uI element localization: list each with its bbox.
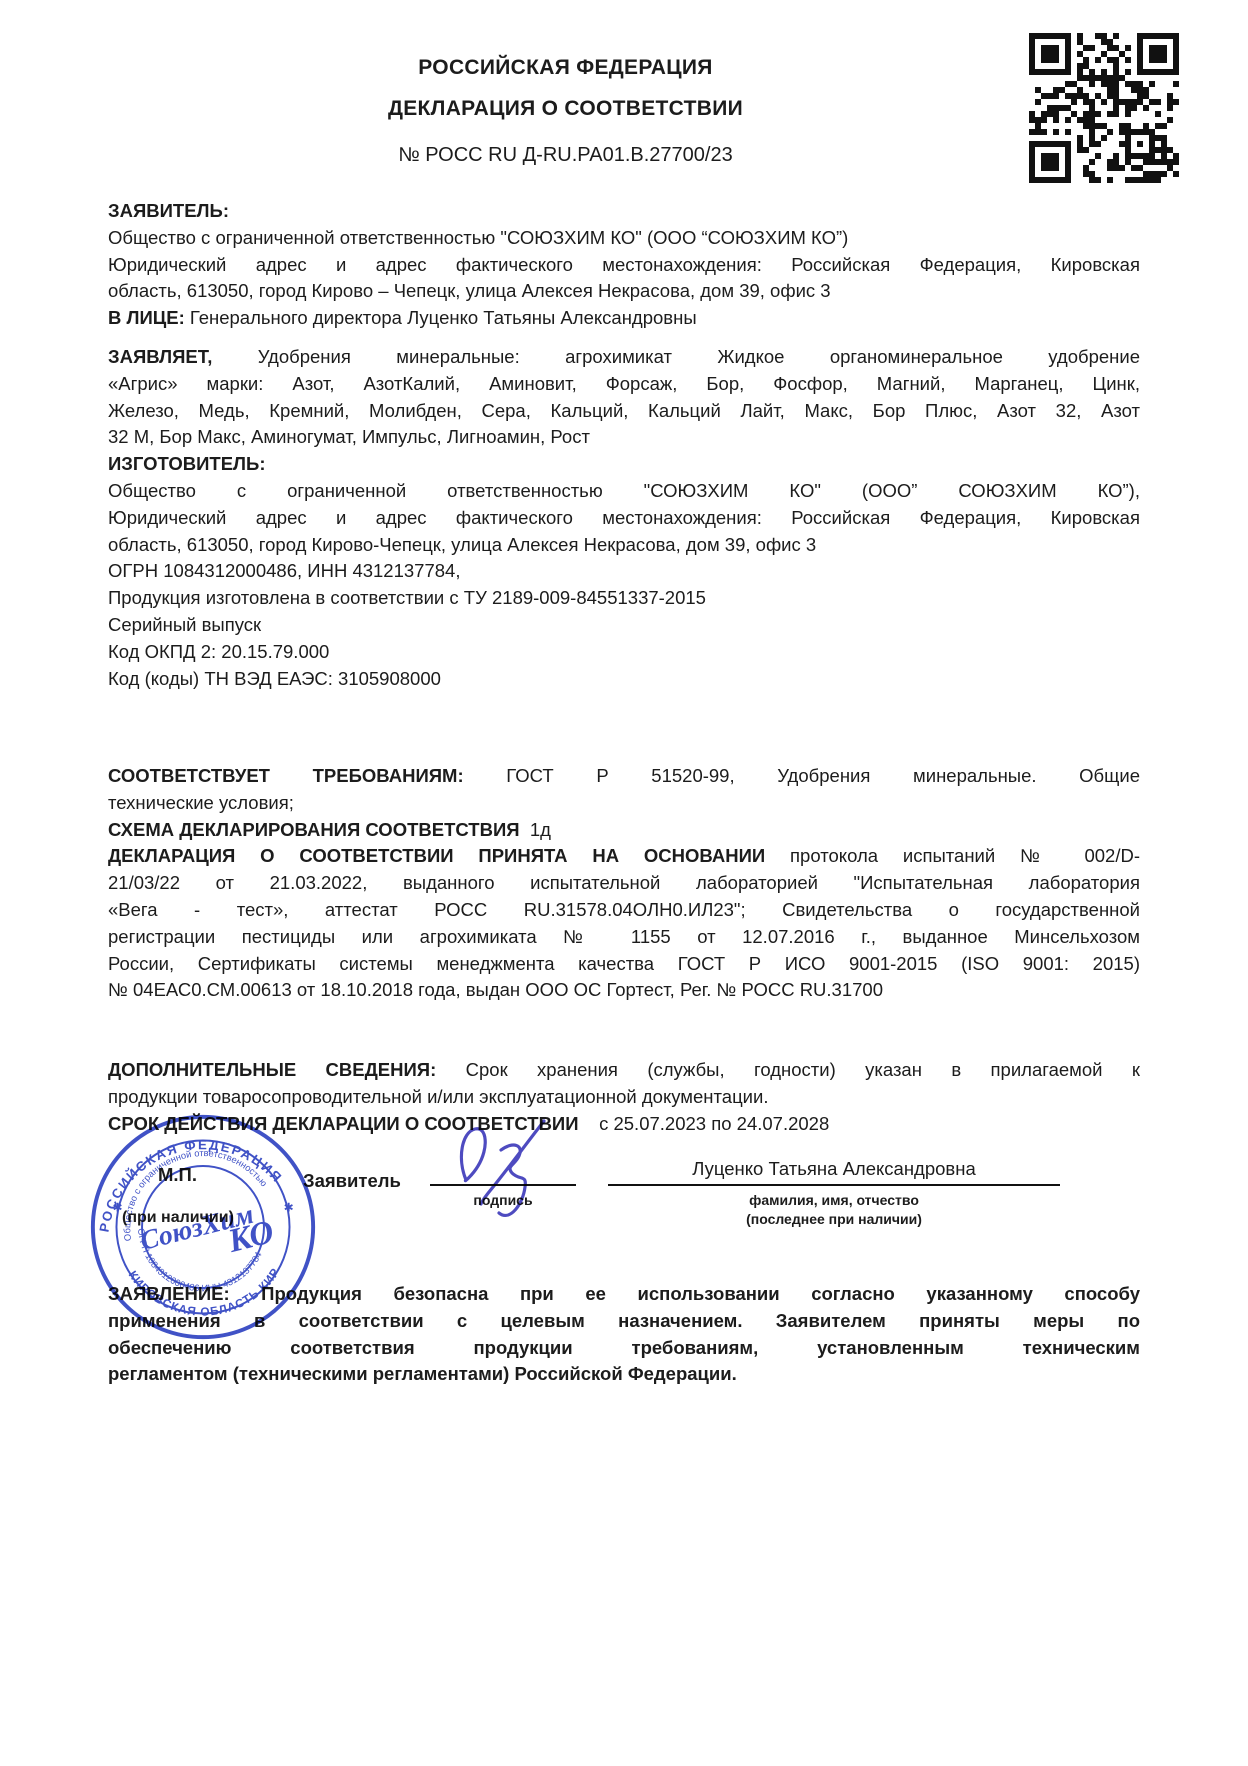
header-country: РОССИЙСКАЯ ФЕДЕРАЦИЯ — [108, 56, 1023, 80]
document-header: РОССИЙСКАЯ ФЕДЕРАЦИЯ ДЕКЛАРАЦИЯ О СООТВЕ… — [108, 56, 1023, 167]
text-line: 21/03/22 от 21.03.2022, выданного испыта… — [108, 870, 1140, 897]
text-line: область, 613050, город Кирово – Чепецк, … — [108, 278, 1140, 305]
text-line: Юридический адрес и адрес фактического м… — [108, 252, 1140, 279]
text-line: Общество с ограниченной ответственностью… — [108, 225, 1140, 252]
text-line: ЗАЯВЛЯЕТ, Удобрения минеральные: агрохим… — [108, 344, 1140, 371]
text-line: область, 613050, город Кирово-Чепецк, ул… — [108, 532, 1140, 559]
stamp-star-left: ✱ — [113, 1200, 123, 1214]
text-line: В ЛИЦЕ: Генерального директора Луценко Т… — [108, 305, 1140, 332]
text-line: Юридический адрес и адрес фактического м… — [108, 505, 1140, 532]
signature-ink-icon — [448, 1116, 588, 1228]
text-line: Железо, Медь, Кремний, Молибден, Сера, К… — [108, 398, 1140, 425]
company-round-stamp: РОССИЙСКАЯ ФЕДЕРАЦИЯ КИРОВСКАЯ ОБЛАСТЬ К… — [85, 1109, 321, 1345]
text-line: ДОПОЛНИТЕЛЬНЫЕ СВЕДЕНИЯ: Срок хранения (… — [108, 1057, 1140, 1084]
text-line: ИЗГОТОВИТЕЛЬ: — [108, 451, 1140, 478]
declaration-number: № РОСС RU Д-RU.РА01.В.27700/23 — [108, 144, 1023, 167]
qr-code-icon — [1028, 32, 1180, 184]
text-line: ДЕКЛАРАЦИЯ О СООТВЕТСТВИИ ПРИНЯТА НА ОСН… — [108, 843, 1140, 870]
text-line: регламентом (техническими регламентами) … — [108, 1361, 1140, 1388]
text-line: Продукция изготовлена в соответствии с Т… — [108, 585, 1140, 612]
text-line: № 04ЕАС0.СМ.00613 от 18.10.2018 года, вы… — [108, 977, 1140, 1004]
text-line: ОГРН 1084312000486, ИНН 4312137784, — [108, 558, 1140, 585]
text-line: СООТВЕТСТВУЕТ ТРЕБОВАНИЯМ: ГОСТ Р 51520-… — [108, 763, 1140, 790]
text-line: «Вега - тест», аттестат РОСС RU.31578.04… — [108, 897, 1140, 924]
qr-code-icon — [1028, 32, 1180, 184]
text-line: продукции товаросопроводительной и/или э… — [108, 1084, 1140, 1111]
fio-line — [608, 1184, 1060, 1186]
requirements-section: СООТВЕТСТВУЕТ ТРЕБОВАНИЯМ: ГОСТ Р 51520-… — [108, 763, 1140, 1004]
text-line: технические условия; — [108, 790, 1140, 817]
text-line: России, Сертификаты системы менеджмента … — [108, 951, 1140, 978]
text-line: Код ОКПД 2: 20.15.79.000 — [108, 639, 1140, 666]
fio-caption: фамилия, имя, отчество — [608, 1192, 1060, 1208]
document-title: ДЕКЛАРАЦИЯ О СООТВЕТСТВИИ — [108, 97, 1023, 121]
fio-value: Луценко Татьяна Александровна — [608, 1158, 1060, 1180]
text-line: Код (коды) ТН ВЭД ЕАЭС: 3105908000 — [108, 666, 1140, 693]
handwritten-signature — [448, 1116, 588, 1228]
text-line: 32 М, Бор Макс, Аминогумат, Импульс, Лиг… — [108, 424, 1140, 451]
applicant-section: ЗАЯВИТЕЛЬ:Общество с ограниченной ответс… — [108, 198, 1140, 332]
text-line: Общество с ограниченной ответственностью… — [108, 478, 1140, 505]
stamp-icon: РОССИЙСКАЯ ФЕДЕРАЦИЯ КИРОВСКАЯ ОБЛАСТЬ К… — [85, 1109, 321, 1345]
text-line: ЗАЯВИТЕЛЬ: — [108, 198, 1140, 225]
fio-caption-note: (последнее при наличии) — [608, 1211, 1060, 1227]
text-line: регистрации пестициды или агрохимиката №… — [108, 924, 1140, 951]
stamp-star-right: ✱ — [284, 1200, 294, 1214]
product-declaration-section: ЗАЯВЛЯЕТ, Удобрения минеральные: агрохим… — [108, 344, 1140, 692]
text-line: «Агрис» марки: Азот, АзотКалий, Аминовит… — [108, 371, 1140, 398]
text-line: Серийный выпуск — [108, 612, 1140, 639]
text-line: СХЕМА ДЕКЛАРИРОВАНИЯ СООТВЕТСТВИЯ 1д — [108, 817, 1140, 844]
declaration-document: РОССИЙСКАЯ ФЕДЕРАЦИЯ ДЕКЛАРАЦИЯ О СООТВЕ… — [0, 0, 1248, 1766]
